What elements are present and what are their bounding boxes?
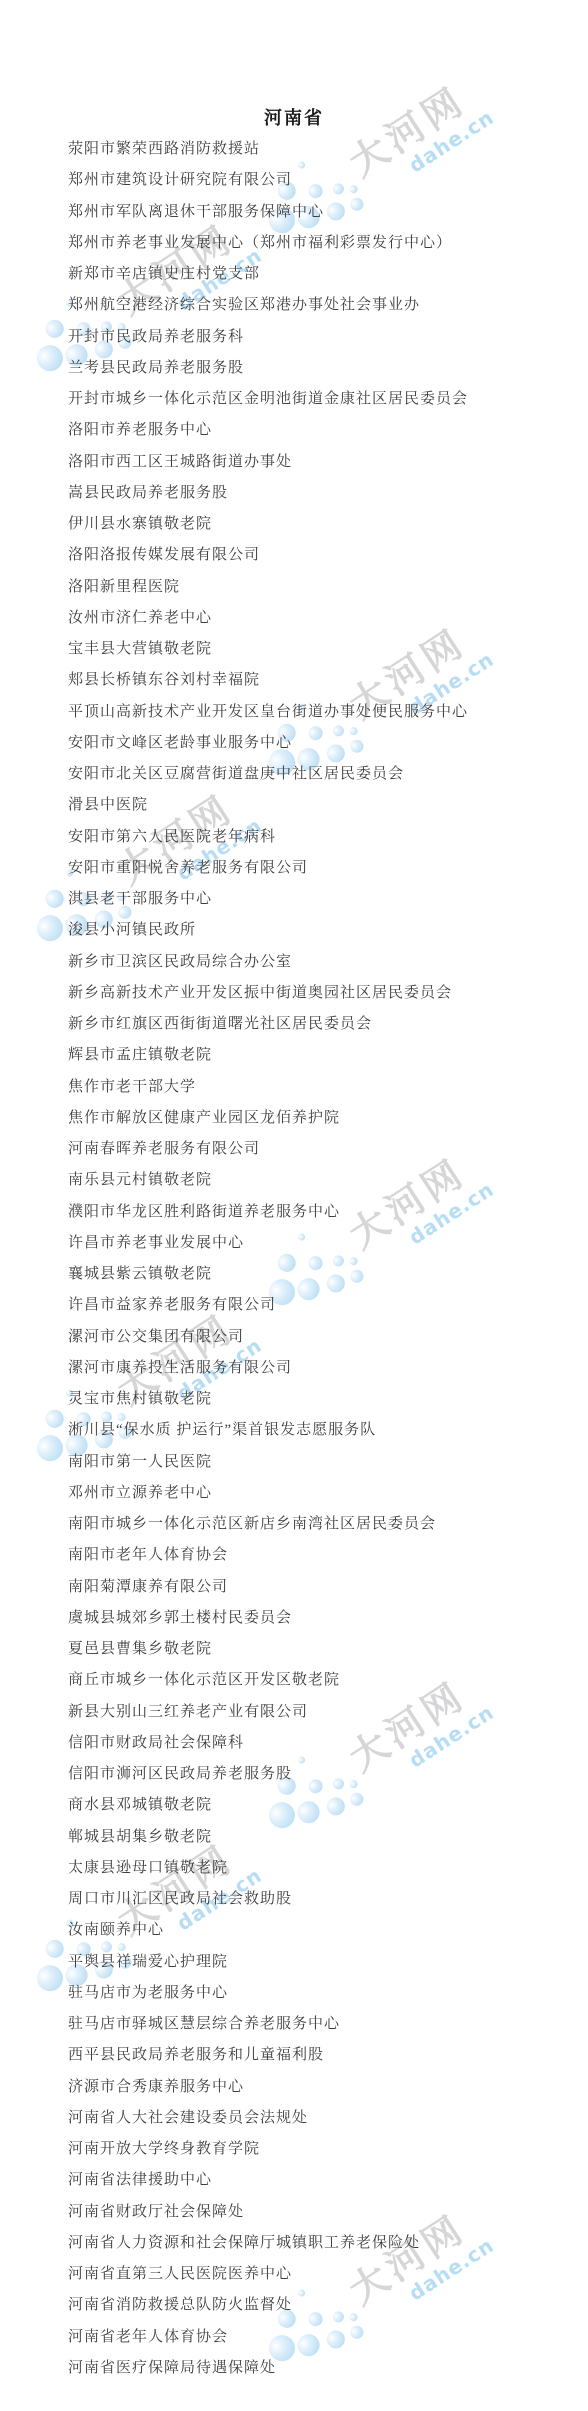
list-item: 信阳市浉河区民政局养老服务股 (68, 1759, 568, 1790)
list-item: 河南省法律援助中心 (68, 2165, 568, 2196)
list-item: 郸城县胡集乡敬老院 (68, 1822, 568, 1853)
list-item: 平顶山高新技术产业开发区皇台街道办事处便民服务中心 (68, 697, 568, 728)
list-item: 西平县民政局养老服务和儿童福利股 (68, 2040, 568, 2071)
list-item: 淅川县“保水质 护运行”渠首银发志愿服务队 (68, 1415, 568, 1446)
list-item: 开封市民政局养老服务科 (68, 322, 568, 353)
list-item: 洛阳市西工区王城路街道办事处 (68, 447, 568, 478)
list-item: 南乐县元村镇敬老院 (68, 1165, 568, 1196)
list-item: 河南省老年人体育协会 (68, 2322, 568, 2353)
list-item: 滑县中医院 (68, 790, 568, 821)
list-item: 安阳市北关区豆腐营街道盘庚中社区居民委员会 (68, 759, 568, 790)
list-item: 濮阳市华龙区胜利路街道养老服务中心 (68, 1197, 568, 1228)
list-item: 辉县市孟庄镇敬老院 (68, 1040, 568, 1071)
list-item: 洛阳洛报传媒发展有限公司 (68, 540, 568, 571)
list-item: 郑州市养老事业发展中心（郑州市福利彩票发行中心） (68, 228, 568, 259)
list-item: 郑州市军队离退休干部服务保障中心 (68, 197, 568, 228)
list-item: 新乡市卫滨区民政局综合办公室 (68, 947, 568, 978)
list-item: 南阳市第一人民医院 (68, 1447, 568, 1478)
list-item: 太康县逊母口镇敬老院 (68, 1853, 568, 1884)
list-item: 开封市城乡一体化示范区金明池街道金康社区居民委员会 (68, 384, 568, 415)
list-item: 洛阳市养老服务中心 (68, 415, 568, 446)
list-item: 焦作市老干部大学 (68, 1072, 568, 1103)
list-item: 安阳市重阳悦舍养老服务有限公司 (68, 853, 568, 884)
list-item: 新乡市红旗区西街街道曙光社区居民委员会 (68, 1009, 568, 1040)
list-item: 汝南颐养中心 (68, 1915, 568, 1946)
list-item: 新郑市辛店镇史庄村党支部 (68, 259, 568, 290)
list-item: 河南省人力资源和社会保障厅城镇职工养老保险处 (68, 2228, 568, 2259)
list-item: 周口市川汇区民政局社会救助股 (68, 1884, 568, 1915)
list-item: 漯河市公交集团有限公司 (68, 1322, 568, 1353)
list-item: 荥阳市繁荣西路消防救援站 (68, 134, 568, 165)
list-item: 新乡高新技术产业开发区振中街道奥园社区居民委员会 (68, 978, 568, 1009)
list-item: 襄城县紫云镇敬老院 (68, 1259, 568, 1290)
list-item: 驻马店市为老服务中心 (68, 1978, 568, 2009)
list-item: 河南省消防救援总队防火监督处 (68, 2290, 568, 2321)
list-item: 宝丰县大营镇敬老院 (68, 634, 568, 665)
list-item: 河南开放大学终身教育学院 (68, 2134, 568, 2165)
list-item: 河南省医疗保障局待遇保障处 (68, 2353, 568, 2384)
list-item: 汝州市济仁养老中心 (68, 603, 568, 634)
list-item: 兰考县民政局养老服务股 (68, 353, 568, 384)
list-item: 焦作市解放区健康产业园区龙佰养护院 (68, 1103, 568, 1134)
list-item: 信阳市财政局社会保障科 (68, 1728, 568, 1759)
list-item: 邓州市立源养老中心 (68, 1478, 568, 1509)
list-item: 郑州航空港经济综合实验区郑港办事处社会事业办 (68, 290, 568, 321)
list-item: 浚县小河镇民政所 (68, 915, 568, 946)
list-item: 驻马店市驿城区慧层综合养老服务中心 (68, 2009, 568, 2040)
list-item: 许昌市益家养老服务有限公司 (68, 1290, 568, 1321)
list-item: 平舆县祥瑞爱心护理院 (68, 1947, 568, 1978)
list-item: 河南省财政厅社会保障处 (68, 2197, 568, 2228)
document-page: 大河网dahe.cn 大河网dahe.cn 大河网dahe.cn 大河网dahe… (0, 0, 588, 2411)
list-item: 郑州市建筑设计研究院有限公司 (68, 165, 568, 196)
list-item: 河南省人大社会建设委员会法规处 (68, 2103, 568, 2134)
list-item: 商丘市城乡一体化示范区开发区敬老院 (68, 1665, 568, 1696)
list-item: 夏邑县曹集乡敬老院 (68, 1634, 568, 1665)
list-item: 伊川县水寨镇敬老院 (68, 509, 568, 540)
list-item: 安阳市文峰区老龄事业服务中心 (68, 728, 568, 759)
list-item: 河南省直第三人民医院医养中心 (68, 2259, 568, 2290)
list-item: 商水县邓城镇敬老院 (68, 1790, 568, 1821)
list-item: 虞城县城郊乡郭土楼村民委员会 (68, 1603, 568, 1634)
list-item: 嵩县民政局养老服务股 (68, 478, 568, 509)
page-title: 河南省 (0, 104, 588, 130)
organization-list: 荥阳市繁荣西路消防救援站郑州市建筑设计研究院有限公司郑州市军队离退休干部服务保障… (68, 134, 568, 2384)
list-item: 许昌市养老事业发展中心 (68, 1228, 568, 1259)
list-item: 河南春晖养老服务有限公司 (68, 1134, 568, 1165)
list-item: 新县大别山三红养老产业有限公司 (68, 1697, 568, 1728)
list-item: 淇县老干部服务中心 (68, 884, 568, 915)
list-item: 南阳市老年人体育协会 (68, 1540, 568, 1571)
list-item: 济源市合秀康养服务中心 (68, 2072, 568, 2103)
list-item: 安阳市第六人民医院老年病科 (68, 822, 568, 853)
list-item: 南阳市城乡一体化示范区新店乡南湾社区居民委员会 (68, 1509, 568, 1540)
list-item: 洛阳新里程医院 (68, 572, 568, 603)
list-item: 南阳菊潭康养有限公司 (68, 1572, 568, 1603)
list-item: 灵宝市焦村镇敬老院 (68, 1384, 568, 1415)
list-item: 漯河市康养投生活服务有限公司 (68, 1353, 568, 1384)
list-item: 郏县长桥镇东谷刘村幸福院 (68, 665, 568, 696)
